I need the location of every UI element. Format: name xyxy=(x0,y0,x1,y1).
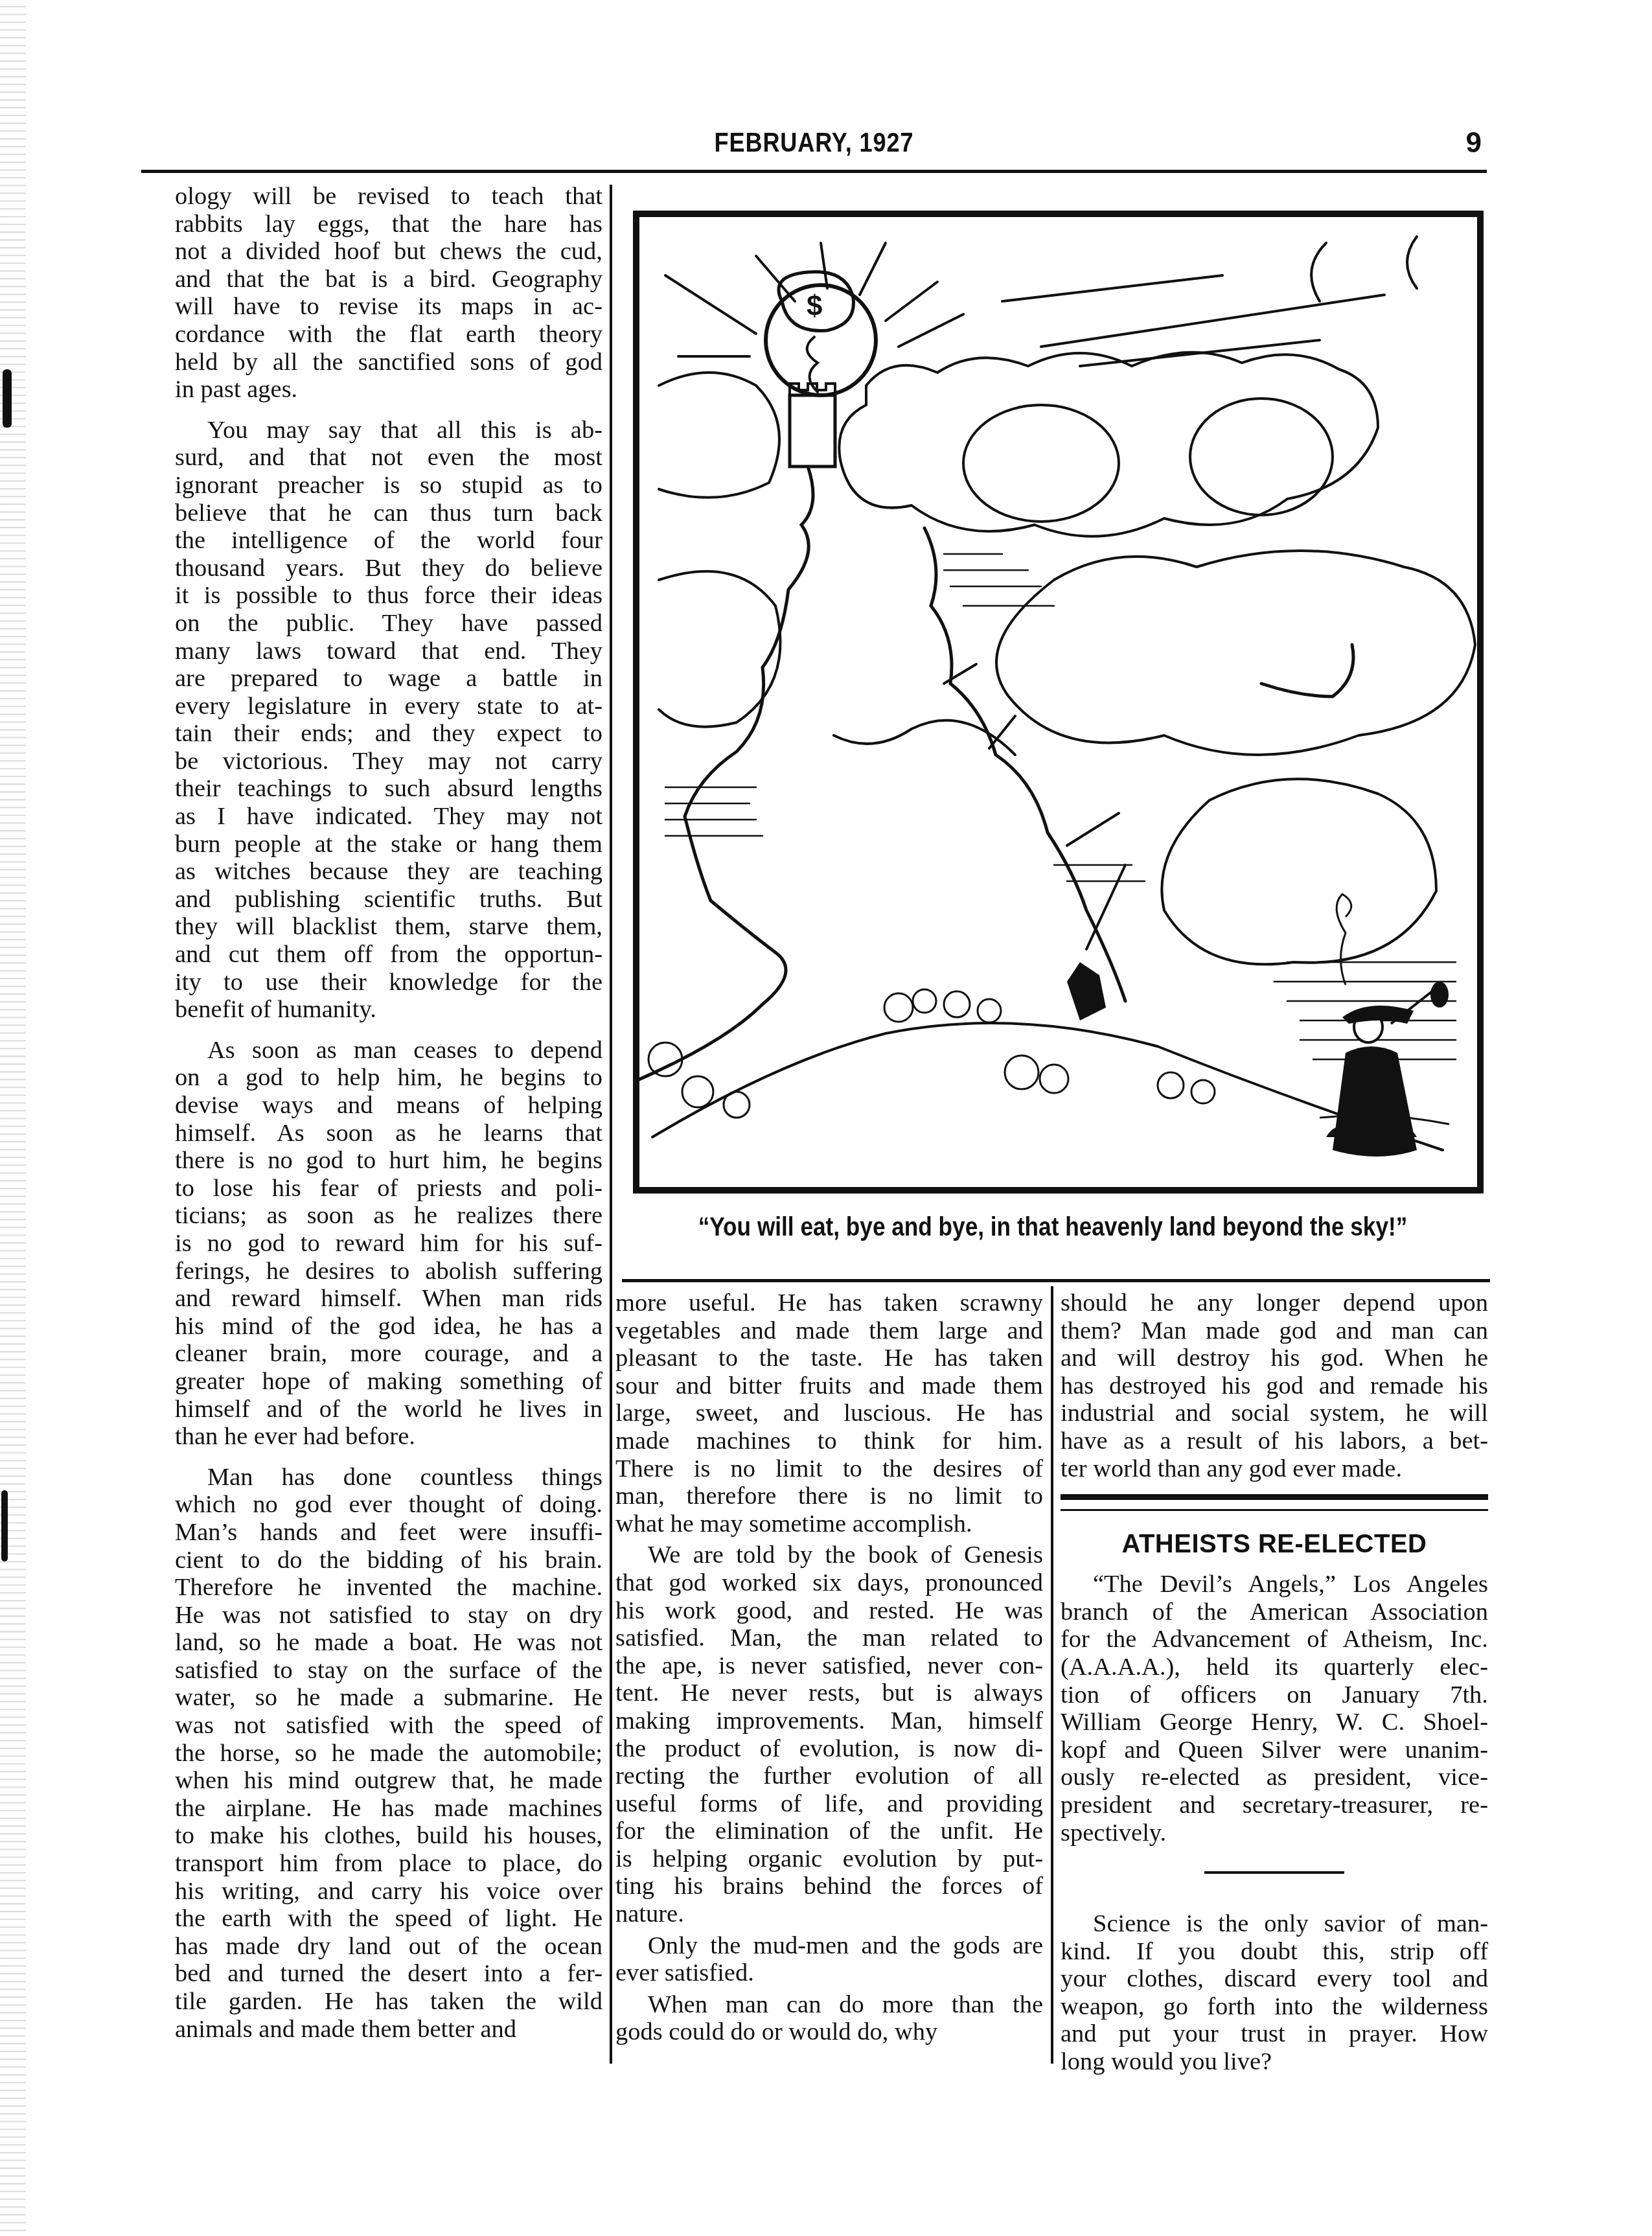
text-line: not a divided hoof but chews the cud, xyxy=(175,238,602,266)
left-column: ology will be revised to teach thatrabbi… xyxy=(175,183,602,2043)
text-line: has made dry land out of the ocean xyxy=(175,1933,602,1961)
text-line: cient to do the bidding of his brain. xyxy=(175,1547,602,1574)
text-line: on the public. They have passed xyxy=(175,610,602,638)
text-line: on a god to help him, he begins to xyxy=(175,1064,602,1092)
text-line: greater hope of making something of xyxy=(175,1368,602,1396)
text-line: ously re-elected as president, vice- xyxy=(1061,1764,1488,1792)
text-line: the product of evolution, is now di- xyxy=(615,1735,1043,1763)
text-line: satisfied to stay on the surface of the xyxy=(175,1657,602,1685)
text-line: believe that he can thus turn back xyxy=(175,500,602,527)
text-line: are prepared to wage a battle in xyxy=(175,665,602,693)
text-line: be victorious. They may not carry xyxy=(175,748,602,776)
text-line: to lose his fear of priests and poli- xyxy=(175,1175,602,1203)
text-line: There is no limit to the desires of xyxy=(615,1455,1043,1483)
text-line: benefit of humanity. xyxy=(175,996,602,1024)
text-line: more useful. He has taken scrawny xyxy=(615,1289,1043,1317)
right-column: should he any longer depend uponthem? Ma… xyxy=(1061,1289,1488,2076)
text-line: his writing, and carry his voice over xyxy=(175,1878,602,1906)
text-line: and put your trust in prayer. How xyxy=(1061,2020,1488,2048)
text-line: ology will be revised to teach that xyxy=(175,183,602,211)
text-line: cleaner brain, more courage, and a xyxy=(175,1340,602,1368)
text-line: large, sweet, and luscious. He has xyxy=(615,1400,1043,1427)
text-line: long would you live? xyxy=(1061,2048,1488,2076)
text-line: and will destroy his god. When he xyxy=(1061,1344,1488,1372)
text-line: weapon, go forth into the wilderness xyxy=(1061,1993,1488,2021)
text-line: should he any longer depend upon xyxy=(1061,1289,1488,1317)
text-line: that god worked six days, pronounced xyxy=(615,1569,1043,1597)
text-line: for the Advancement of Atheism, Inc. xyxy=(1061,1626,1488,1654)
text-line: bed and turned the desert into a fer- xyxy=(175,1960,602,1988)
text-line: surd, and that not even the most xyxy=(175,444,602,472)
text-line: them? Man made god and man can xyxy=(1061,1317,1488,1345)
text-line: useful forms of life, and providing xyxy=(615,1790,1043,1818)
paragraph: more useful. He has taken scrawnyvegetab… xyxy=(615,1289,1043,1538)
text-line: the ape, is never satisfied, never con- xyxy=(615,1652,1043,1680)
text-line: and cut them off from the opportun- xyxy=(175,941,602,969)
text-line: Science is the only savior of man- xyxy=(1061,1910,1488,1938)
text-line: We are told by the book of Genesis xyxy=(615,1541,1043,1569)
text-line: tain their ends; and they expect to xyxy=(175,720,602,748)
column-rule-right xyxy=(1051,1286,1053,2064)
paragraph: ology will be revised to teach thatrabbi… xyxy=(175,183,602,404)
text-line: the intelligence of the world four xyxy=(175,527,602,555)
text-line: is no god to reward him for his suf- xyxy=(175,1230,602,1258)
paragraph: Only the mud-men and the gods areever sa… xyxy=(615,1932,1043,1987)
news-heading: ATHEISTS RE-ELECTED xyxy=(1061,1530,1488,1559)
cartoon-illustration: $ xyxy=(633,211,1484,1193)
text-line: industrial and social system, he will xyxy=(1061,1400,1488,1427)
article-continuation: should he any longer depend uponthem? Ma… xyxy=(1061,1289,1488,1482)
text-line: the horse, so he made the automobile; xyxy=(175,1740,602,1768)
text-line: pleasant to the taste. He has taken xyxy=(615,1344,1043,1372)
divider-thick-rule xyxy=(1061,1494,1488,1500)
text-line: is helping organic evolution by put- xyxy=(615,1845,1043,1873)
paragraph: Man has done countless thingswhich no go… xyxy=(175,1464,602,2043)
text-line: burn people at the stake or hang them xyxy=(175,831,602,859)
text-line: president and secretary-treasurer, re- xyxy=(1061,1792,1488,1819)
paragraph: We are told by the book of Genesisthat g… xyxy=(615,1541,1043,1928)
text-line: gods could do or would do, why xyxy=(615,2018,1043,2046)
text-line: spectively. xyxy=(1061,1819,1488,1847)
text-line: William George Henry, W. C. Shoel- xyxy=(1061,1709,1488,1736)
text-line: has destroyed his god and remade his xyxy=(1061,1372,1488,1400)
text-line: as witches because they are teaching xyxy=(175,858,602,886)
text-line: his mind of the god idea, he has a xyxy=(175,1313,602,1341)
text-line: there is no god to hurt him, he begins xyxy=(175,1147,602,1175)
paragraph: When man can do more than thegods could … xyxy=(615,1991,1043,2046)
text-line: Therefore he invented the machine. xyxy=(175,1574,602,1602)
text-line: ferings, he desires to abolish suffering xyxy=(175,1258,602,1285)
text-line: ignorant preacher is so stupid as to xyxy=(175,472,602,500)
text-line: and publishing scientific truths. But xyxy=(175,886,602,914)
text-line: land, so he made a boat. He was not xyxy=(175,1629,602,1657)
text-line: You may say that all this is ab- xyxy=(175,417,602,444)
paragraph: As soon as man ceases to dependon a god … xyxy=(175,1037,602,1451)
text-line: and reward himself. When man rids xyxy=(175,1285,602,1313)
text-line: kind. If you doubt this, strip off xyxy=(1061,1938,1488,1966)
text-line: As soon as man ceases to depend xyxy=(175,1037,602,1065)
text-line: ity to use their knowledge for the xyxy=(175,969,602,997)
text-line: your clothes, discard every tool and xyxy=(1061,1965,1488,1993)
text-line: transport him from place to place, do xyxy=(175,1850,602,1878)
divider-thin-rule xyxy=(1061,1509,1488,1511)
text-line: for the elimination of the unfit. He xyxy=(615,1817,1043,1845)
text-line: their teachings to such absurd lengths xyxy=(175,775,602,803)
text-line: He was not satisfied to stay on dry xyxy=(175,1602,602,1630)
filler-paragraph: Science is the only savior of man-kind. … xyxy=(1061,1910,1488,2076)
text-line: Only the mud-men and the gods are xyxy=(615,1932,1043,1960)
text-line: himself and of the world he lives in xyxy=(175,1396,602,1423)
illustration-caption: “You will eat, bye and bye, in that heav… xyxy=(668,1213,1438,1242)
text-line: made machines to think for him. xyxy=(615,1427,1043,1455)
text-line: to make his clothes, build his houses, xyxy=(175,1822,602,1850)
column-rule-left xyxy=(610,185,612,2064)
text-line: rabbits lay eggs, that the hare has xyxy=(175,211,602,238)
middle-column: more useful. He has taken scrawnyvegetab… xyxy=(615,1289,1043,2046)
scan-edge-artifact xyxy=(0,0,26,2236)
text-line: tent. He never rests, but is always xyxy=(615,1679,1043,1707)
text-line: animals and made them better and xyxy=(175,2016,602,2044)
text-line: tile garden. He has taken the wild xyxy=(175,1988,602,2016)
paragraph: You may say that all this is ab-surd, an… xyxy=(175,417,602,1024)
text-line: ting his brains behind the forces of xyxy=(615,1873,1043,1900)
text-line: was not satisfied with the speed of xyxy=(175,1712,602,1740)
text-line: held by all the sanctified sons of god xyxy=(175,349,602,376)
issue-date: FEBRUARY, 1927 xyxy=(235,127,1392,158)
text-line: Man has done countless things xyxy=(175,1464,602,1492)
scan-blot xyxy=(3,369,12,428)
text-line: many laws toward that end. They xyxy=(175,638,602,665)
cartoon-drawing: $ xyxy=(639,217,1477,1187)
text-line: tion of officers on January 7th. xyxy=(1061,1681,1488,1709)
text-line: thousand years. But they do believe xyxy=(175,555,602,582)
text-line: man, therefore there is no limit to xyxy=(615,1482,1043,1510)
text-line: recting the further evolution of all xyxy=(615,1762,1043,1790)
text-line: sour and bitter fruits and made them xyxy=(615,1372,1043,1400)
page-number: 9 xyxy=(1466,127,1482,159)
text-line: have as a result of his labors, a bet- xyxy=(1061,1427,1488,1455)
text-line: satisfied. Man, the man related to xyxy=(615,1624,1043,1652)
section-divider xyxy=(1061,1494,1488,1511)
text-line: and that the bat is a bird. Geography xyxy=(175,266,602,294)
text-line: as I have indicated. They may not xyxy=(175,803,602,831)
text-line: in past ages. xyxy=(175,376,602,404)
text-line: water, so he made a submarine. He xyxy=(175,1684,602,1712)
running-header: FEBRUARY, 1927 9 xyxy=(141,123,1487,170)
text-line: (A.A.A.A.), held its quarterly elec- xyxy=(1061,1654,1488,1681)
text-line: than he ever had before. xyxy=(175,1423,602,1451)
text-line: kopf and Queen Silver were unanim- xyxy=(1061,1736,1488,1764)
text-line: nature. xyxy=(615,1900,1043,1928)
text-line: the airplane. He has made machines xyxy=(175,1795,602,1823)
scan-blot xyxy=(1,1490,8,1562)
header-rule xyxy=(141,170,1487,173)
caption-rule xyxy=(622,1279,1490,1282)
text-line: what he may sometime accomplish. xyxy=(615,1510,1043,1538)
text-line: cordance with the flat earth theory xyxy=(175,321,602,349)
text-line: “The Devil’s Angels,” Los Angeles xyxy=(1061,1571,1488,1598)
text-line: it is possible to thus force their ideas xyxy=(175,582,602,610)
text-line: when his mind outgrew that, he made xyxy=(175,1767,602,1795)
short-separator-rule xyxy=(1204,1871,1344,1874)
text-line: When man can do more than the xyxy=(615,1991,1043,2019)
text-line: himself. As soon as he learns that xyxy=(175,1120,602,1147)
text-line: the earth with the speed of light. He xyxy=(175,1905,602,1933)
text-line: devise ways and means of helping xyxy=(175,1092,602,1120)
text-line: which no god ever thought of doing. xyxy=(175,1491,602,1519)
text-line: ter world than any god ever made. xyxy=(1061,1455,1488,1483)
text-line: Man’s hands and feet were insuffi- xyxy=(175,1519,602,1547)
text-line: ever satisfied. xyxy=(615,1959,1043,1987)
text-line: will have to revise its maps in ac- xyxy=(175,293,602,321)
text-line: making improvements. Man, himself xyxy=(615,1707,1043,1735)
text-line: they will blacklist them, starve them, xyxy=(175,913,602,941)
dollar-sign-icon: $ xyxy=(807,290,822,322)
news-body: “The Devil’s Angels,” Los Angelesbranch … xyxy=(1061,1571,1488,1847)
text-line: every legislature in every state to at- xyxy=(175,693,602,720)
text-line: ticians; as soon as he realizes there xyxy=(175,1202,602,1230)
text-line: vegetables and made them large and xyxy=(615,1317,1043,1345)
text-line: his work good, and rested. He was xyxy=(615,1597,1043,1625)
text-line: branch of the American Association xyxy=(1061,1598,1488,1626)
